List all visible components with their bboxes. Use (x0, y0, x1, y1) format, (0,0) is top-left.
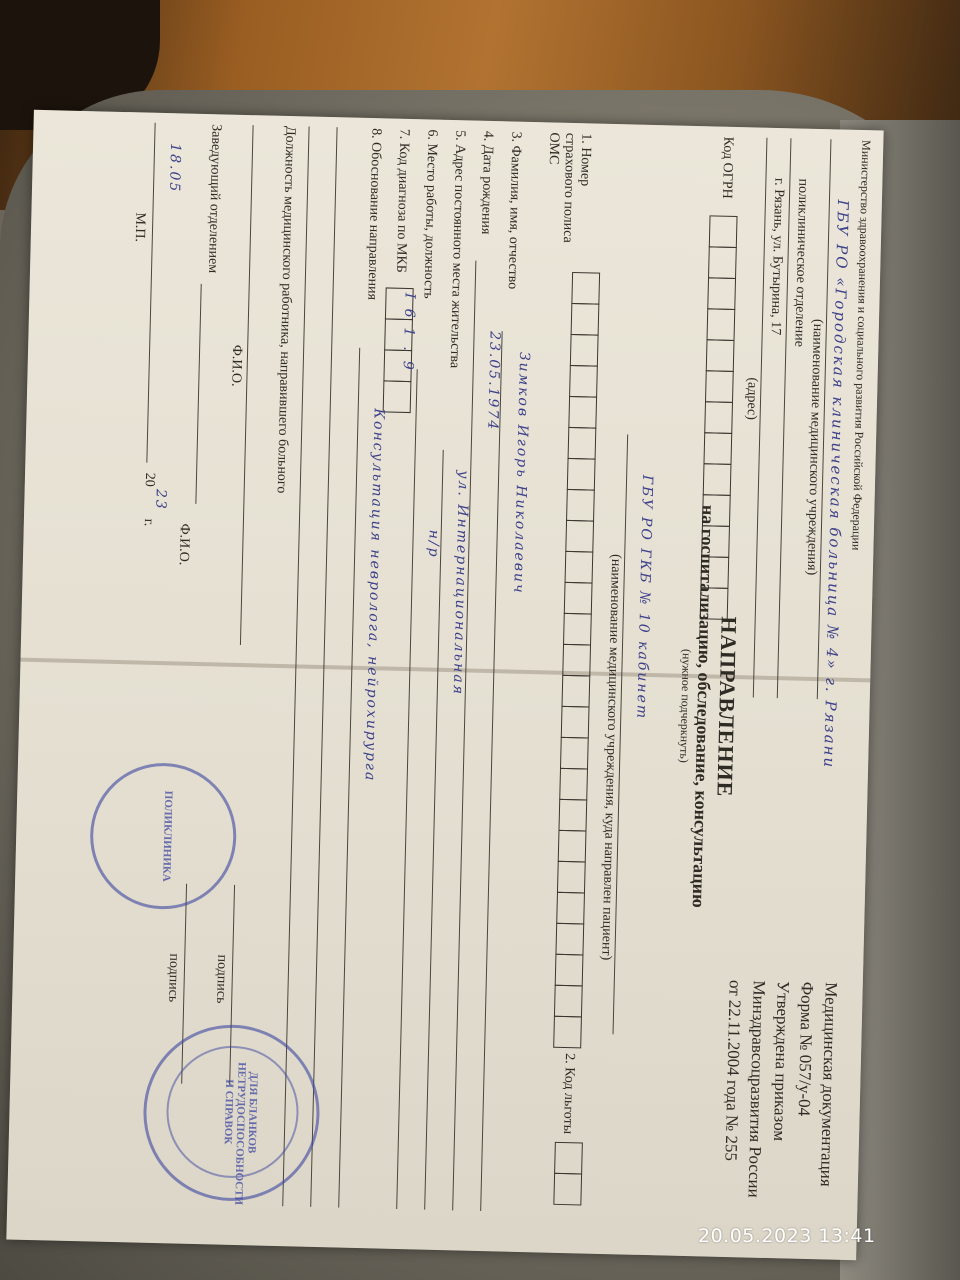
date-day: 18.05 (166, 143, 183, 193)
field-label-worker: Должность медицинского работника, направ… (273, 126, 298, 494)
field-value-icd: I61.9 (399, 293, 417, 380)
form-content: Медицинская документация Форма № 057/у-0… (7, 120, 814, 1239)
head-label: Заведующий отделением (204, 124, 224, 273)
field-label-benefit-code: 2. Код льготы (559, 1053, 577, 1134)
date-year: 23 (152, 489, 169, 511)
field-label-address: 5. Адрес постоянного места жительства (446, 130, 468, 368)
field-label-name: 3. Фамилия, имя, отчество (504, 131, 524, 289)
mp-label: М.П. (131, 212, 148, 242)
divider (452, 261, 476, 1211)
referral-form-paper: Медицинская документация Форма № 057/у-0… (6, 110, 883, 1260)
ogrn-label: Код ОГРН (718, 137, 736, 199)
field-value-birthdate: 23.05.1974 (484, 331, 502, 432)
stamp-text: ПОЛИКЛИНИКА (160, 776, 175, 896)
date-suffix: г. (140, 518, 156, 526)
oms-policy-boxes (553, 273, 600, 1048)
field-label-birthdate: 4. Дата рождения (477, 131, 496, 235)
divider (146, 123, 155, 463)
field-label-justification: 8. Обоснование направления (363, 128, 383, 300)
divider (195, 284, 201, 504)
field-label-oms: 1. Номер страхового полиса ОМС (543, 132, 594, 253)
address: г. Рязань, ул. Бутырина, 17 (767, 178, 787, 336)
field-label-workplace: 6. Место работы, должность (419, 129, 439, 299)
photo-timestamp: 20.05.2023 13:41 (698, 1225, 876, 1247)
fio-label: Ф.И.О. (227, 345, 244, 387)
date-year-prefix: 20 (141, 473, 157, 487)
field-value-address: ул. Интернациональная (450, 470, 472, 696)
signature-label-2: подпись (164, 953, 181, 1002)
form-header-info: Медицинская документация Форма № 057/у-0… (718, 980, 843, 1200)
divider (424, 450, 444, 1210)
department: поликлиническое отделение (790, 178, 810, 347)
benefit-code-boxes (553, 1143, 583, 1206)
round-stamp-1: ПОЛИКЛИНИКА (88, 761, 238, 911)
form-title-block: НАПРАВЛЕНИЕ на госпитализацию, обследова… (672, 476, 745, 937)
stamp-text: ДЛЯ БЛАНКОВ НЕТРУДОСПОСОБНОСТИ И СПРАВОК (221, 1062, 259, 1163)
fio-label-2: Ф.И.О. (175, 523, 192, 565)
field-value-justification: Консультация невролога, нейрохирурга (362, 408, 387, 782)
divider (480, 331, 503, 1211)
divider (396, 369, 418, 1209)
field-value-workplace: н/р (425, 529, 442, 558)
divider (338, 348, 360, 1208)
field-value-name: Зимков Игорь Николаевич (510, 352, 532, 595)
round-stamp-2: ДЛЯ БЛАНКОВ НЕТРУДОСПОСОБНОСТИ И СПРАВОК (141, 1023, 321, 1203)
address-caption: (адрес) (743, 377, 760, 420)
destination-handwritten: ГБУ РО ГКБ № 10 кабинет (633, 475, 655, 721)
signature-label: подпись (212, 954, 229, 1003)
field-label-icd: 7. Код диагноза по МКБ (392, 129, 412, 273)
divider (310, 127, 337, 1207)
